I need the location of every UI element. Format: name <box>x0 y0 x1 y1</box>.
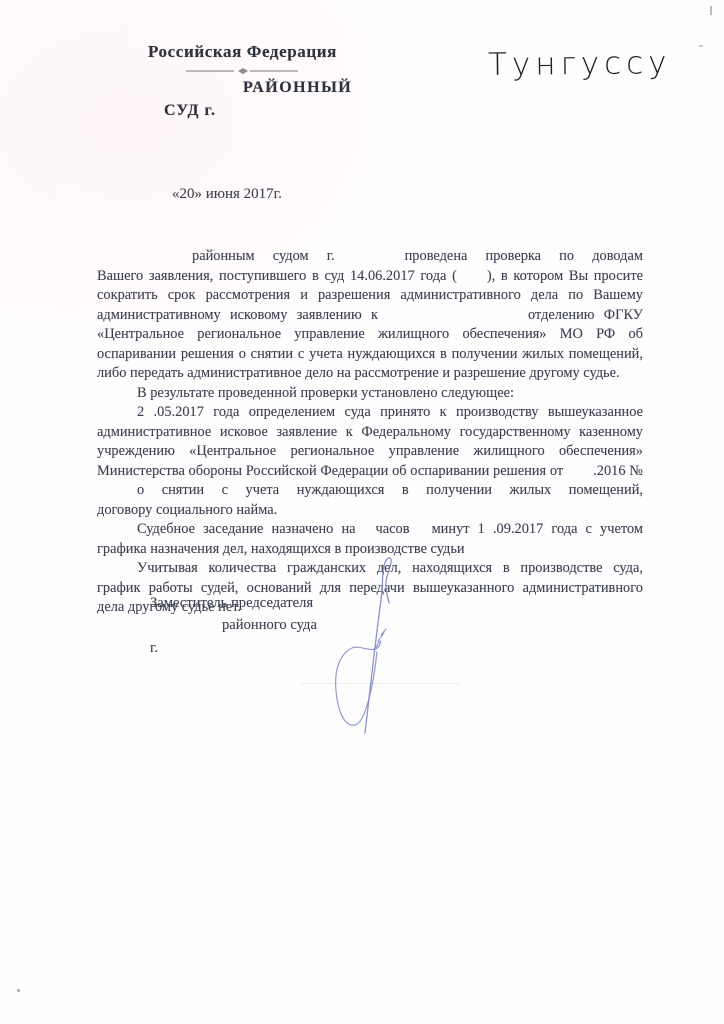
scan-streak-artifact <box>300 683 460 684</box>
scanned-court-letter: { "header": { "country": "Российская Фед… <box>0 0 724 1024</box>
header-country: Российская Федерация <box>148 42 337 62</box>
doc-text: учреждению «Центральное региональное упр… <box>97 443 643 459</box>
signer-city: г. <box>150 640 158 657</box>
redacted-gap <box>457 279 487 280</box>
scan-speck <box>710 6 712 15</box>
header-court-name: РАЙОННЫЙ <box>243 79 352 97</box>
doc-line: административное исковое заявление к Фед… <box>97 423 643 443</box>
doc-line: договору социального найма. <box>97 501 643 521</box>
doc-text: административное исковое заявление к Фед… <box>97 424 643 440</box>
doc-line: учреждению «Центральное региональное упр… <box>97 442 643 462</box>
doc-text: Министерства обороны Российской Федераци… <box>97 463 563 479</box>
doc-line: Вашего заявления, поступившего в суд 14.… <box>97 267 643 287</box>
doc-text: В результате проведенной проверки устано… <box>137 385 514 401</box>
doc-text: .2016 № <box>593 463 643 479</box>
header-divider-ornament <box>186 64 298 78</box>
doc-line: районным судом г.проведена проверка по д… <box>97 247 643 267</box>
signature-ink <box>320 548 410 743</box>
signer-title-line1: Заместитель председателя <box>150 595 313 612</box>
doc-text: проведена проверка по доводам <box>405 248 643 264</box>
doc-text: Судебное заседание назначено на <box>137 521 356 537</box>
header-court-city: СУД г. <box>164 102 216 120</box>
document-date: «20» июня 2017г. <box>172 186 282 203</box>
doc-text: ), в котором Вы просите <box>487 268 643 284</box>
doc-text: «Центральное региональное управление жил… <box>97 326 643 342</box>
doc-text: оспаривании решения о снятии с учета нуж… <box>97 346 643 362</box>
redacted-gap <box>97 532 137 533</box>
doc-text: административному исковому заявлению к <box>97 307 378 323</box>
doc-text: сократить срок рассмотрения и разрешения… <box>97 287 643 303</box>
doc-text: Вашего заявления, поступившего в суд 14.… <box>97 268 457 284</box>
doc-text: отделению ФГКУ <box>528 307 643 323</box>
erasure-smudge <box>205 249 215 251</box>
doc-line: о снятии с учета нуждающихся в получении… <box>97 481 643 501</box>
signer-title-line2: районного суда <box>222 617 317 634</box>
doc-text: договору социального найма. <box>97 502 277 518</box>
doc-line: административному исковому заявлению кот… <box>97 306 643 326</box>
redacted-gap <box>97 396 137 397</box>
handwritten-annotation: Тунгуссу <box>488 45 672 83</box>
redacted-gap <box>410 532 432 533</box>
doc-text: минут 1 .09.2017 года с учетом <box>432 521 643 537</box>
doc-line: либо передать административное дело на р… <box>97 364 643 384</box>
doc-text: 2 .05.2017 года определением суда принят… <box>137 404 643 420</box>
doc-line: «Центральное региональное управление жил… <box>97 325 643 345</box>
doc-text: либо передать административное дело на р… <box>97 365 620 381</box>
redacted-gap <box>378 318 528 319</box>
erasure-smudge <box>236 253 240 255</box>
doc-line: оспаривании решения о снятии с учета нуж… <box>97 345 643 365</box>
redacted-gap <box>335 259 405 260</box>
document-paper: Российская Федерация РАЙОННЫЙ СУД г. Тун… <box>0 0 724 1024</box>
doc-line: сократить срок рассмотрения и разрешения… <box>97 286 643 306</box>
redacted-gap <box>97 415 137 416</box>
redacted-gap <box>97 571 137 572</box>
redacted-gap <box>563 474 593 475</box>
doc-text: о снятии с учета нуждающихся в получении… <box>97 482 643 501</box>
scan-speck <box>699 45 703 47</box>
doc-line: 2 .05.2017 года определением суда принят… <box>97 403 643 423</box>
scan-speck <box>17 989 20 992</box>
redacted-gap <box>97 259 192 260</box>
doc-line: Судебное заседание назначено начасовмину… <box>97 520 643 540</box>
redacted-gap <box>356 532 376 533</box>
doc-line: В результате проведенной проверки устано… <box>97 384 643 404</box>
doc-text: часов <box>376 521 410 537</box>
doc-line: Министерства обороны Российской Федераци… <box>97 462 643 482</box>
redacted-gap <box>97 493 137 494</box>
